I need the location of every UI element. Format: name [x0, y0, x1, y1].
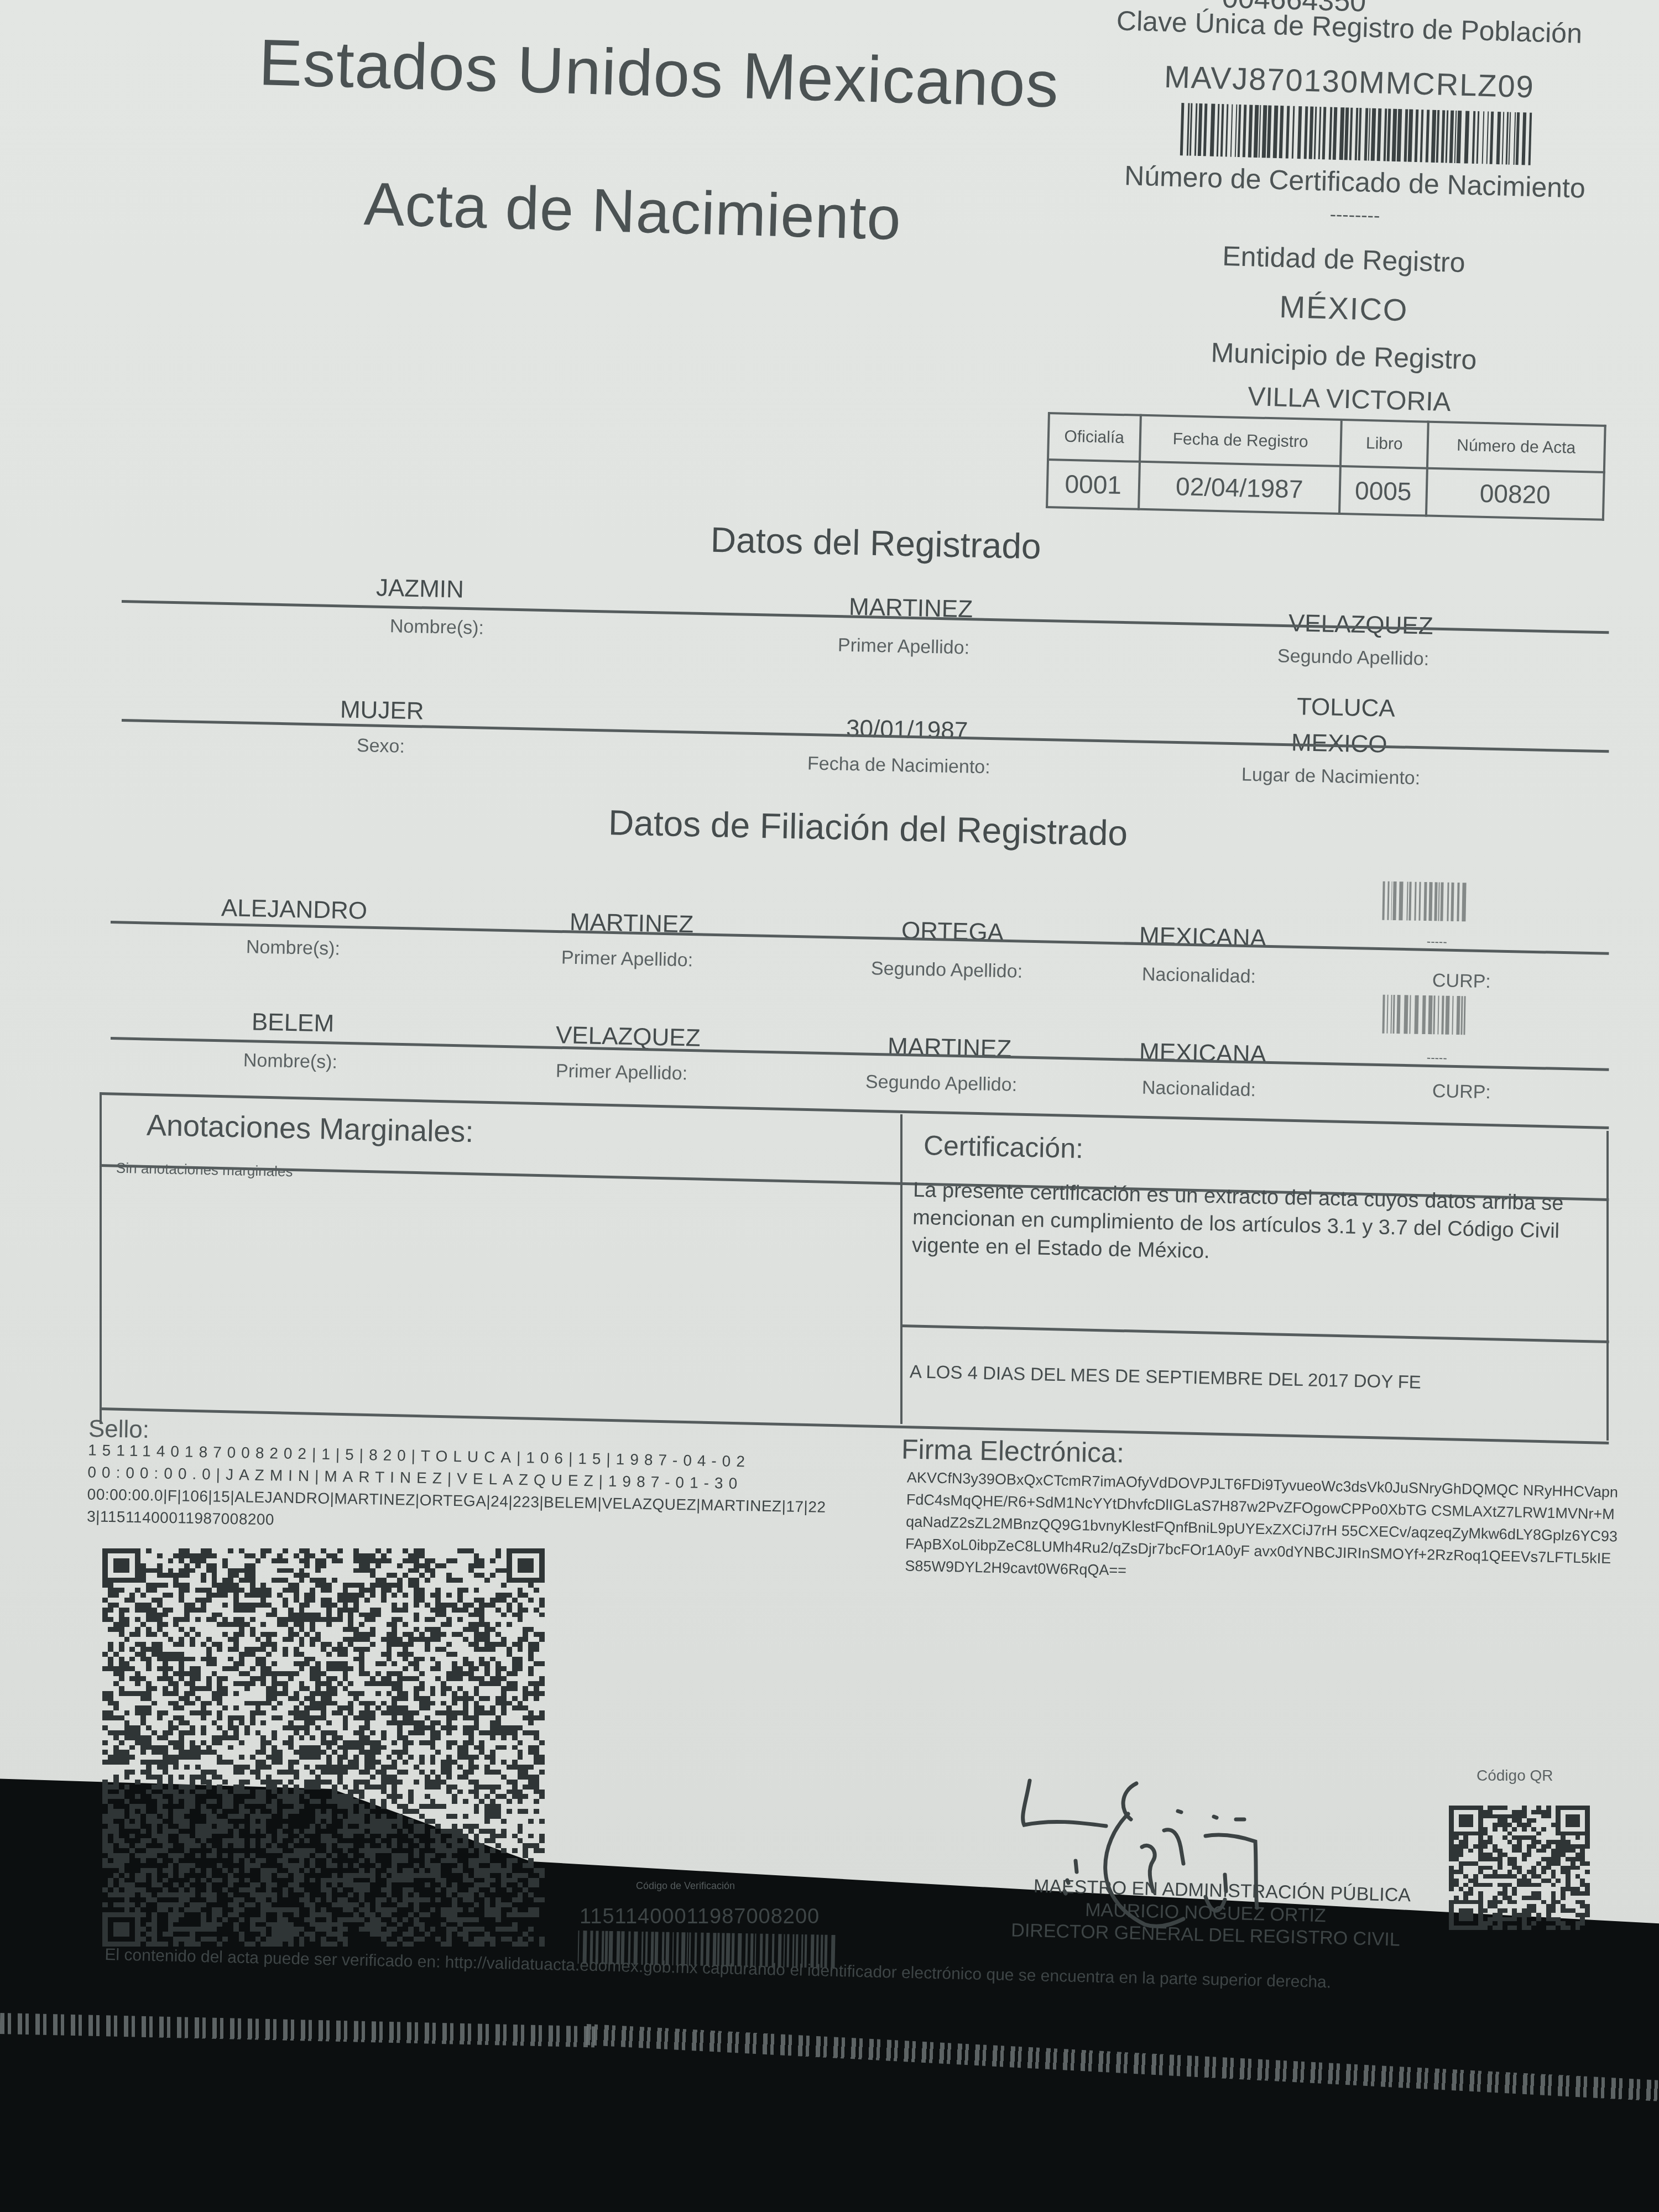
registrant-birth-date: 30/01/1987: [846, 715, 968, 745]
barcode-bar: [1382, 881, 1385, 920]
registrant-sex: MUJER: [340, 696, 424, 725]
barcode-bar: [1434, 882, 1437, 921]
barcode-bar: [1490, 112, 1494, 164]
barcode-bar: [1392, 995, 1395, 1034]
parent2-first-surname-label: Primer Apellido:: [556, 1061, 688, 1085]
barcode-bar: [1420, 109, 1424, 162]
annotations-title: Anotaciones Marginales:: [146, 1108, 474, 1149]
certification-title: Certificación:: [923, 1129, 1083, 1165]
electronic-signature-text: AKVCfN3y39OBxQxCTcmR7imAOfyVdDOVPJLT6FDi…: [905, 1467, 1620, 1592]
header-oficialia: Oficialía: [1048, 413, 1140, 462]
registrant-birth-place-city: TOLUCA: [1296, 693, 1395, 723]
barcode-bar: [1509, 112, 1511, 165]
label-second-surname: Segundo Apellido:: [1277, 645, 1430, 670]
barcode-bar: [1472, 111, 1476, 164]
parent2-nationality-label: Nacionalidad:: [1142, 1077, 1256, 1101]
value-oficialia: 0001: [1047, 460, 1139, 509]
barcode-bar: [1297, 106, 1302, 159]
qr-label: Código QR: [1477, 1767, 1553, 1785]
barcode-bar: [1390, 995, 1392, 1034]
registry-table: Oficialía Fecha de Registro Libro Número…: [1046, 412, 1606, 521]
barcode-bar: [1259, 105, 1261, 158]
parent1-name: ALEJANDRO: [221, 894, 368, 925]
parent1-first-surname-label: Primer Apellido:: [561, 947, 693, 972]
document-title: Acta de Nacimiento: [363, 169, 902, 254]
barcode-bar: [1414, 995, 1418, 1034]
barcode-bar: [1441, 110, 1446, 163]
parent1-second-surname: ORTEGA: [901, 917, 1004, 947]
barcode-bar: [1391, 881, 1392, 920]
parent2-name-label: Nombre(s):: [243, 1050, 338, 1073]
label-birth-date: Fecha de Nacimiento:: [807, 753, 990, 779]
value-fecha-registro: 02/04/1987: [1139, 462, 1340, 514]
barcode-bar: [1358, 108, 1362, 160]
parent1-curp-label: CURP:: [1432, 970, 1491, 993]
barcode-bar: [1422, 995, 1426, 1034]
box-divider: [900, 1114, 902, 1424]
barcode-bar: [1286, 106, 1290, 158]
barcode-bar: [1436, 110, 1440, 163]
label-first-surname: Primer Apellido:: [838, 635, 970, 659]
barcode-bar: [1397, 109, 1402, 161]
barcode-bar: [1203, 103, 1208, 156]
small-qr-code[interactable]: [1449, 1806, 1590, 1930]
barcode-bar: [1396, 995, 1400, 1034]
barcode-bar: [1486, 112, 1489, 164]
parent2-second-surname: MARTINEZ: [888, 1033, 1012, 1063]
barcode-bar: [1329, 107, 1333, 160]
barcode-bar: [1457, 111, 1462, 163]
barcode-bar: [1210, 104, 1215, 156]
barcode-bar: [1248, 105, 1253, 158]
barcode-bar: [1522, 112, 1527, 165]
barcode-bar: [1433, 995, 1435, 1034]
barcode-bar: [1235, 105, 1238, 157]
barcode-bar: [1437, 995, 1439, 1034]
parent1-nationality: MEXICANA: [1139, 922, 1267, 953]
barcode-bar: [1449, 111, 1454, 163]
barcode-bar: [1382, 995, 1385, 1034]
verification-code-label: Código de Verificación: [636, 1880, 735, 1892]
barcode-bar: [1309, 107, 1314, 159]
seal-string: 1511140187008202|1|5|820|TOLUCA|106|15|1…: [87, 1439, 885, 1541]
parent2-curp-barcode: [1382, 995, 1468, 1035]
barcode-bar: [1446, 110, 1449, 163]
label-sex: Sexo:: [357, 735, 405, 758]
barcode-bar: [1377, 108, 1382, 161]
barcode-bar: [1423, 882, 1427, 921]
barcode-bar: [1429, 882, 1433, 921]
barcode-bar: [1190, 103, 1193, 156]
parent1-curp-value: -----: [1427, 935, 1447, 950]
barcode-bar: [1322, 107, 1327, 159]
barcode-bar: [1243, 105, 1247, 157]
box-right-edge: [1606, 1131, 1609, 1441]
barcode-bar: [1428, 995, 1432, 1034]
barcode-bar: [1426, 109, 1430, 162]
barcode-bar: [1349, 108, 1353, 160]
parent1-second-surname-label: Segundo Apellido:: [871, 958, 1023, 983]
verification-note: El contenido del acta puede ser verifica…: [105, 1944, 1625, 2000]
barcode-bar: [1441, 996, 1444, 1035]
parent1-curp-barcode: [1382, 881, 1468, 922]
barcode-bar: [1406, 881, 1408, 920]
barcode-bar: [1440, 882, 1444, 921]
barcode-bar: [1220, 104, 1224, 156]
parent2-curp-label: CURP:: [1432, 1081, 1491, 1103]
barcode-bar: [1267, 105, 1272, 158]
barcode-bar: [1452, 996, 1453, 1035]
entity-value: MÉXICO: [1205, 286, 1483, 330]
barcode-bar: [1445, 996, 1449, 1035]
parent2-second-surname-label: Segundo Apellido:: [865, 1071, 1018, 1096]
header-numero-acta: Número de Acta: [1427, 422, 1605, 472]
electronic-signature-label: Firma Electrónica:: [901, 1433, 1125, 1469]
barcode-bar: [1460, 996, 1463, 1035]
verification-code-value: 115114000119870082­00: [580, 1905, 820, 1929]
barcode-bar: [1304, 106, 1308, 159]
barcode-bar: [1438, 882, 1439, 921]
barcode-bar: [1415, 109, 1419, 162]
parent1-nationality-label: Nacionalidad:: [1142, 964, 1256, 988]
barcode-bar: [1502, 112, 1505, 164]
barcode-bar: [1477, 111, 1480, 164]
large-qr-code[interactable]: [102, 1548, 545, 1947]
registrant-section-title: Datos del Registrado: [710, 519, 1041, 567]
decorative-border-left: [0, 2013, 597, 2047]
barcode-bar: [1318, 107, 1322, 159]
header-fecha-registro: Fecha de Registro: [1140, 415, 1342, 466]
value-libro: 0005: [1339, 466, 1427, 516]
barcode-bar: [1254, 105, 1259, 158]
label-name: Nombre(s):: [390, 615, 484, 639]
barcode-bar: [1368, 108, 1371, 161]
barcode-bar: [1238, 105, 1241, 157]
barcode-bar: [1387, 881, 1389, 920]
parent2-nationality: MEXICANA: [1139, 1039, 1267, 1069]
box-left-edge: [100, 1092, 102, 1424]
barcode-bar: [1217, 104, 1220, 156]
barcode-bar: [1528, 113, 1532, 165]
parent2-name: BELEM: [251, 1008, 334, 1037]
label-birth-place: Lugar de Nacimiento:: [1241, 764, 1421, 790]
barcode-bar: [1409, 881, 1412, 920]
barcode-bar: [1464, 111, 1470, 163]
barcode-bar: [1371, 108, 1376, 161]
barcode-bar: [1387, 109, 1391, 161]
barcode-bar: [1198, 103, 1203, 156]
barcode-bar: [1431, 110, 1437, 163]
barcode-bar: [1393, 881, 1397, 920]
registrant-name: JAZMIN: [375, 574, 464, 603]
barcode-bar: [1273, 106, 1279, 158]
barcode-bar: [1279, 106, 1284, 158]
barcode-bar: [1262, 105, 1267, 158]
barcode-bar: [1463, 996, 1465, 1035]
barcode-bar: [1344, 107, 1349, 160]
barcode-bar: [1457, 883, 1460, 921]
parent1-name-label: Nombre(s):: [246, 936, 341, 960]
curp-barcode: [1180, 103, 1535, 165]
barcode-bar: [1339, 107, 1345, 160]
barcode-bar: [1194, 103, 1198, 156]
barcode-bar: [1462, 883, 1467, 921]
barcode-bar: [1496, 112, 1501, 164]
barcode-bar: [1456, 996, 1460, 1035]
parent2-curp-value: -----: [1427, 1051, 1447, 1066]
barcode-bar: [1408, 109, 1413, 162]
certificate-number-value: --------: [1272, 202, 1438, 228]
barcode-bar: [1333, 107, 1338, 160]
barcode-bar: [1451, 883, 1454, 921]
barcode-bar: [1447, 883, 1449, 921]
barcode-bar: [1386, 995, 1388, 1034]
barcode-bar: [1482, 111, 1485, 164]
barcode-bar: [1516, 112, 1520, 165]
barcode-bar: [1292, 106, 1295, 159]
header-libro: Libro: [1340, 420, 1428, 468]
certification-text: La presente certificación es un extracto…: [912, 1176, 1610, 1274]
value-numero-acta: 00820: [1426, 468, 1604, 520]
barcode-bar: [1314, 107, 1317, 159]
barcode-bar: [1230, 105, 1233, 157]
barcode-bar: [1415, 882, 1417, 921]
decorative-border-right: [586, 2024, 1659, 2102]
barcode-bar: [1418, 882, 1421, 921]
barcode-bar: [1404, 995, 1408, 1034]
barcode-bar: [1399, 881, 1403, 920]
barcode-bar: [1409, 995, 1411, 1034]
barcode-bar: [1392, 109, 1397, 161]
barcode-bar: [1225, 104, 1229, 156]
